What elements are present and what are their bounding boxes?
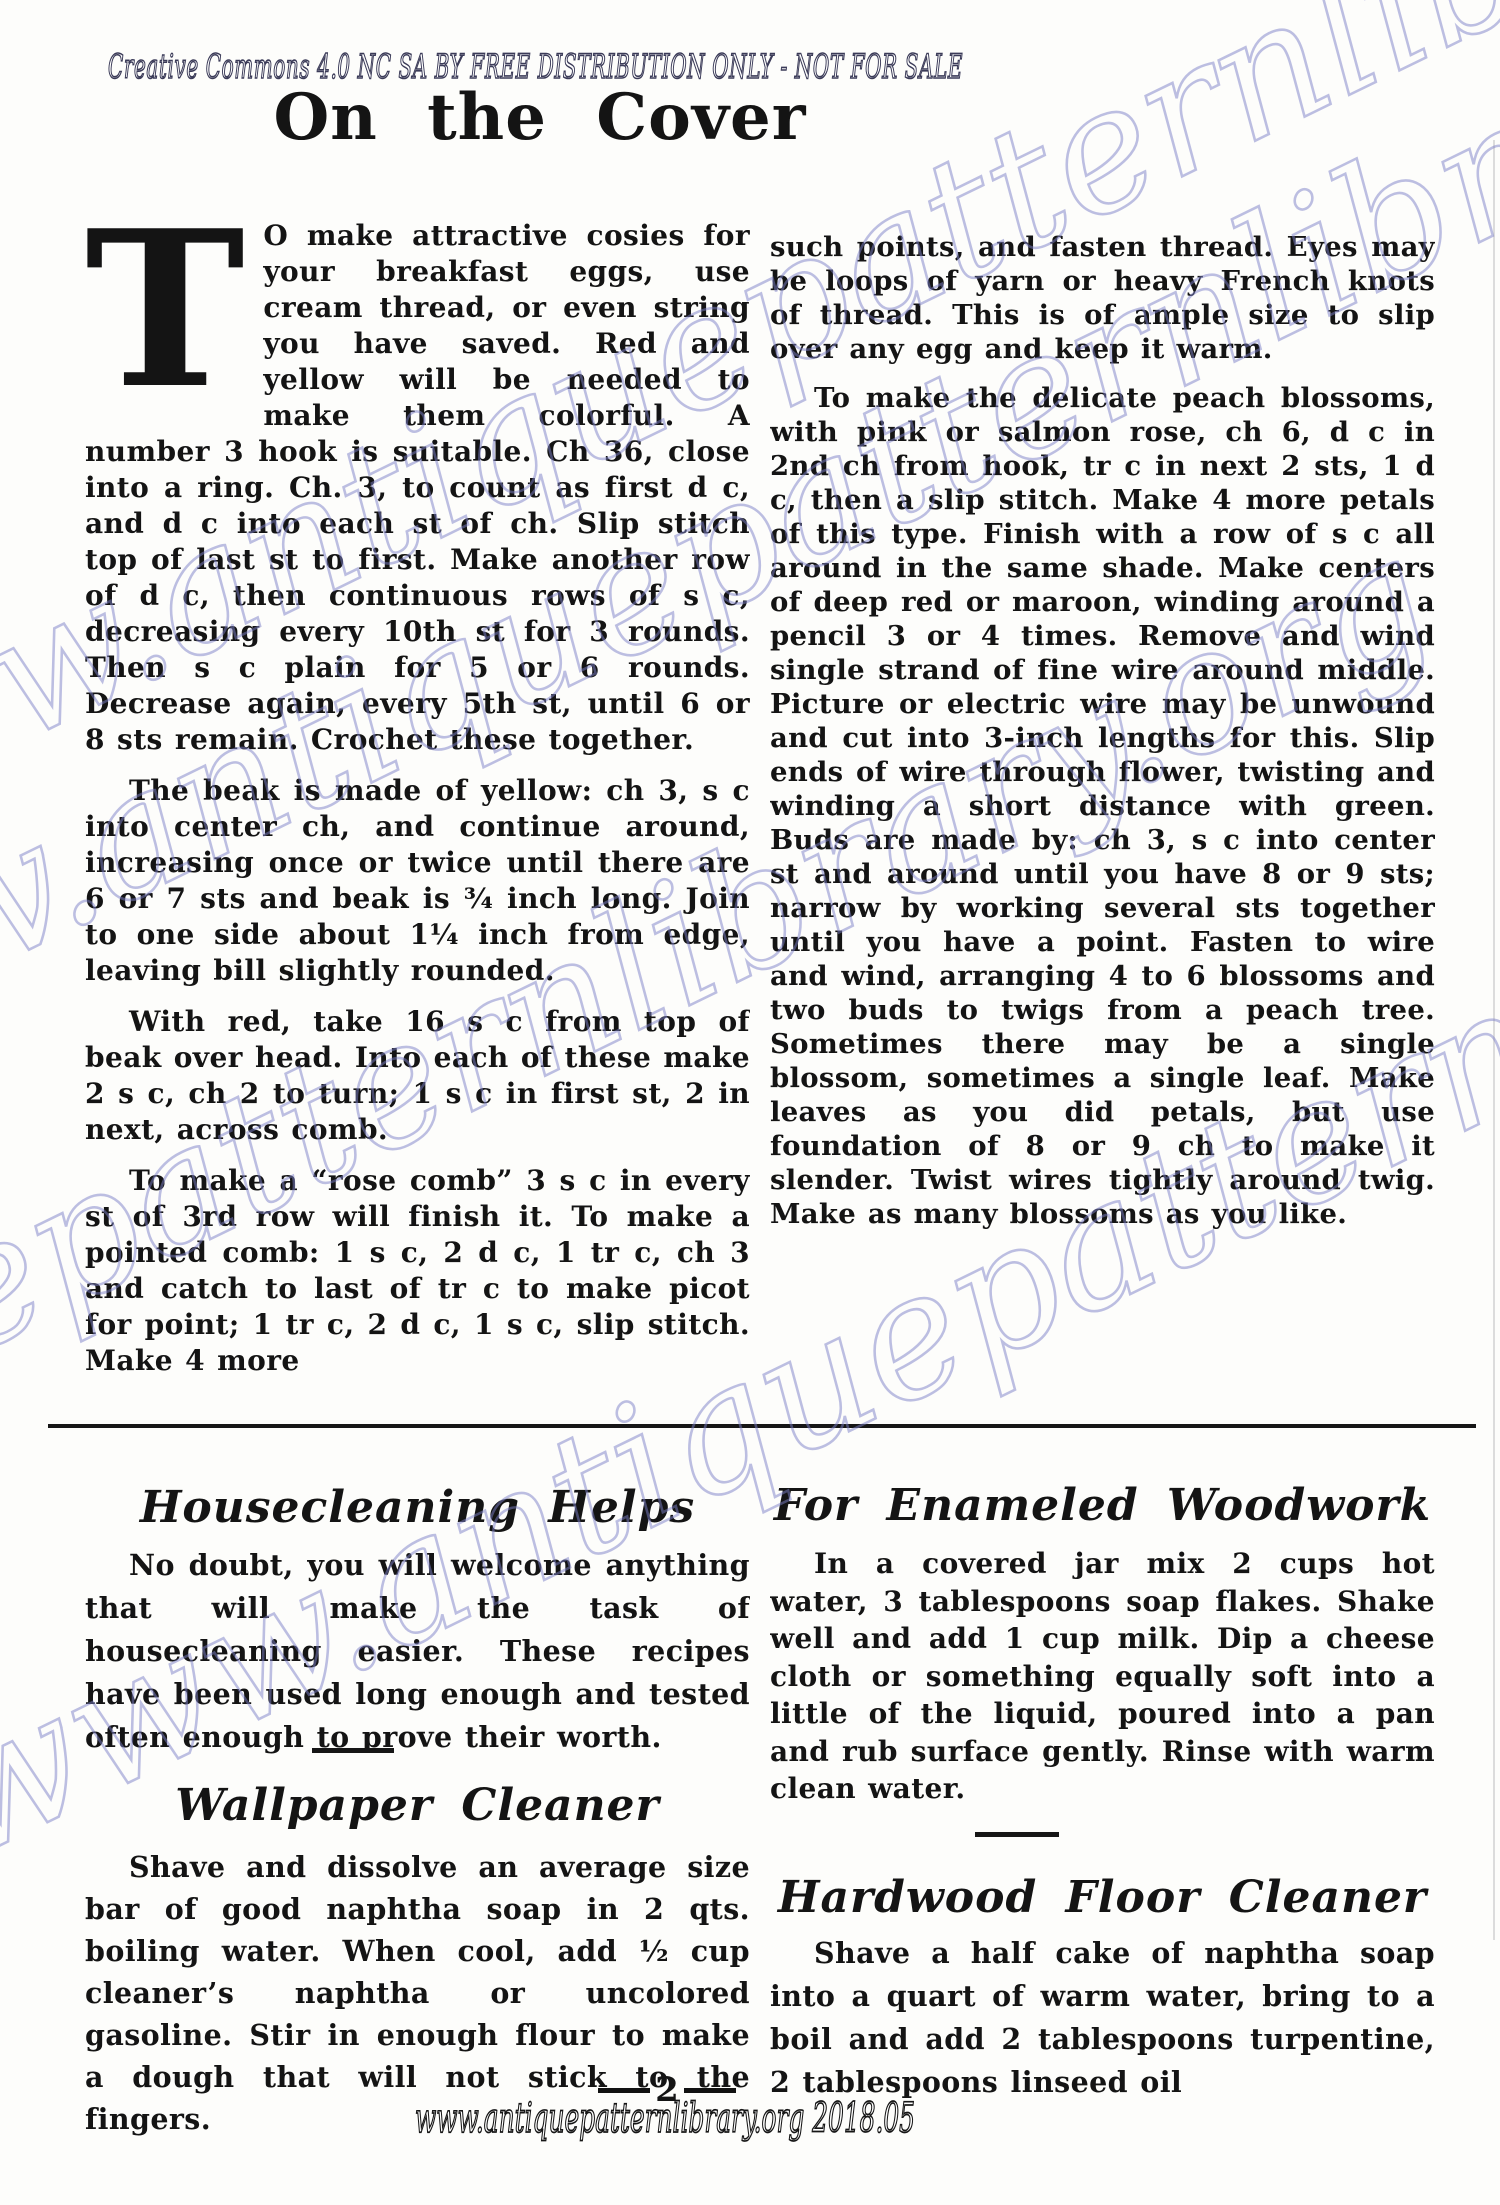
page-title: On the Cover — [0, 80, 1080, 155]
paragraph: TO make attractive cosies for your break… — [85, 218, 750, 758]
short-divider-rule — [312, 1748, 394, 1753]
section-title-for-enameled-woodwork: For Enameled Woodwork — [770, 1480, 1435, 1531]
page-number: 2 — [597, 2070, 737, 2110]
paragraph: With red, take 16 s c from top of beak o… — [85, 1004, 750, 1148]
scan-edge-artifact — [1493, 140, 1495, 1940]
section-body-hardwood-floor-cleaner: Shave a half cake of naphtha soap into a… — [770, 1932, 1435, 2104]
scanned-document-page: On the Cover TO make attractive cosies f… — [0, 0, 1500, 2205]
section-title-housecleaning-helps: Housecleaning Helps — [85, 1482, 750, 1533]
cover-article-column-left: TO make attractive cosies for your break… — [85, 218, 750, 1423]
drop-cap: T — [85, 224, 245, 400]
paragraph: To make a “rose comb” 3 s c in every st … — [85, 1163, 750, 1379]
section-divider-rule — [48, 1424, 1476, 1428]
paragraph: To make the delicate peach blossoms, wit… — [770, 381, 1435, 1231]
page-number-value: 2 — [654, 2073, 680, 2107]
page-number-dash — [598, 2088, 650, 2093]
section-body-housecleaning-helps: No doubt, you will welcome anything that… — [85, 1544, 750, 1759]
short-divider-rule — [975, 1832, 1059, 1837]
page-number-dash — [684, 2088, 736, 2093]
section-title-wallpaper-cleaner: Wallpaper Cleaner — [85, 1780, 750, 1831]
paragraph: such points, and fasten thread. Eyes may… — [770, 230, 1435, 366]
section-title-hardwood-floor-cleaner: Hardwood Floor Cleaner — [770, 1872, 1435, 1923]
section-body-for-enameled-woodwork: In a covered jar mix 2 cups hot water, 3… — [770, 1545, 1435, 1808]
cover-article-column-right: such points, and fasten thread. Eyes may… — [770, 230, 1435, 1465]
paragraph: The beak is made of yellow: ch 3, s c in… — [85, 773, 750, 989]
